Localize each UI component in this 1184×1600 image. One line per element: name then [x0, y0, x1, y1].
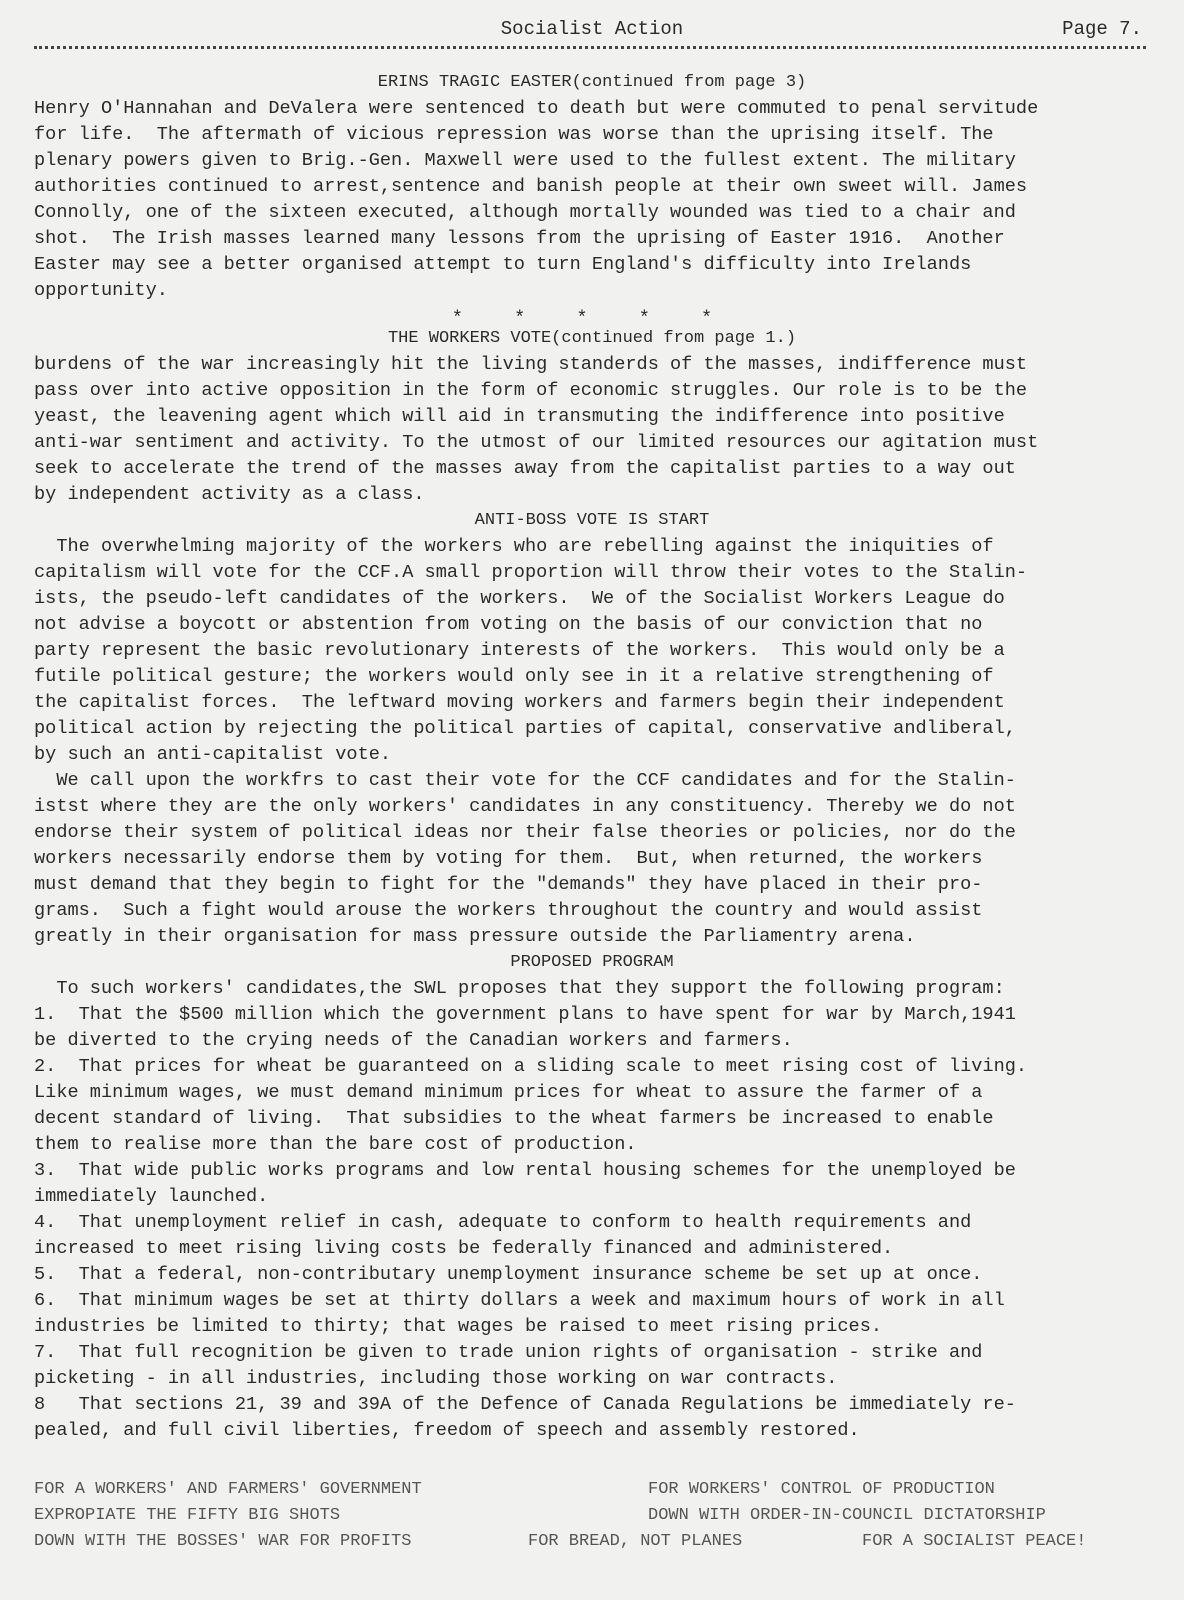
- text-line: be diverted to the crying needs of the C…: [34, 1028, 1146, 1054]
- text-line: 7. That full recognition be given to tra…: [34, 1340, 1146, 1366]
- text-line: anti-war sentiment and activity. To the …: [34, 430, 1146, 456]
- text-line: The overwhelming majority of the workers…: [34, 534, 1146, 560]
- page-number: Page 7.: [1062, 18, 1142, 40]
- section-heading: ERINS TRAGIC EASTER(continued from page …: [0, 70, 1184, 96]
- text-line: plenary powers given to Brig.-Gen. Maxwe…: [34, 148, 1146, 174]
- text-line: 5. That a federal, non-contributary unem…: [34, 1262, 1146, 1288]
- text-line: 8 That sections 21, 39 and 39A of the De…: [34, 1392, 1146, 1418]
- slogan: EXPROPIATE THE FIFTY BIG SHOTS: [34, 1506, 340, 1525]
- text-line: political action by rejecting the politi…: [34, 716, 1146, 742]
- text-line: industries be limited to thirty; that wa…: [34, 1314, 1146, 1340]
- text-line: authorities continued to arrest,sentence…: [34, 174, 1146, 200]
- slogan: DOWN WITH ORDER-IN-COUNCIL DICTATORSHIP: [648, 1506, 1046, 1525]
- text-line: must demand that they begin to fight for…: [34, 872, 1146, 898]
- text-line: workers necessarily endorse them by voti…: [34, 846, 1146, 872]
- text-line: pealed, and full civil liberties, freedo…: [34, 1418, 1146, 1444]
- text-line: We call upon the workfrs to cast their v…: [34, 768, 1146, 794]
- text-line: 3. That wide public works programs and l…: [34, 1158, 1146, 1184]
- text-line: immediately launched.: [34, 1184, 1146, 1210]
- slogan: FOR A WORKERS' AND FARMERS' GOVERNMENT: [34, 1480, 422, 1499]
- text-line: by such an anti-capitalist vote.: [34, 742, 1146, 768]
- text-line: yeast, the leavening agent which will ai…: [34, 404, 1146, 430]
- text-line: 6. That minimum wages be set at thirty d…: [34, 1288, 1146, 1314]
- text-line: 4. That unemployment relief in cash, ade…: [34, 1210, 1146, 1236]
- slogan: FOR WORKERS' CONTROL OF PRODUCTION: [648, 1480, 995, 1499]
- slogan: DOWN WITH THE BOSSES' WAR FOR PROFITS: [34, 1532, 411, 1551]
- text-line: futile political gesture; the workers wo…: [34, 664, 1146, 690]
- text-line: ists, the pseudo-left candidates of the …: [34, 586, 1146, 612]
- section-heading: ANTI-BOSS VOTE IS START: [0, 508, 1184, 534]
- text-line: 2. That prices for wheat be guaranteed o…: [34, 1054, 1146, 1080]
- header-divider: [34, 46, 1146, 49]
- text-line: Like minimum wages, we must demand minim…: [34, 1080, 1146, 1106]
- text-line: Henry O'Hannahan and DeValera were sente…: [34, 96, 1146, 122]
- text-line: burdens of the war increasingly hit the …: [34, 352, 1146, 378]
- text-line: Easter may see a better organised attemp…: [34, 252, 1146, 278]
- section-heading: THE WORKERS VOTE(continued from page 1.): [0, 326, 1184, 352]
- text-line: Connolly, one of the sixteen executed, a…: [34, 200, 1146, 226]
- text-line: by independent activity as a class.: [34, 482, 1146, 508]
- text-line: shot. The Irish masses learned many less…: [34, 226, 1146, 252]
- text-line: greatly in their organisation for mass p…: [34, 924, 1146, 950]
- text-line: pass over into active opposition in the …: [34, 378, 1146, 404]
- text-line: capitalism will vote for the CCF.A small…: [34, 560, 1146, 586]
- text-line: istst where they are the only workers' c…: [34, 794, 1146, 820]
- text-line: picketing - in all industries, including…: [34, 1366, 1146, 1392]
- section-heading: PROPOSED PROGRAM: [0, 950, 1184, 976]
- text-line: endorse their system of political ideas …: [34, 820, 1146, 846]
- text-line: not advise a boycott or abstention from …: [34, 612, 1146, 638]
- newsletter-page: Socialist Action Page 7. ERINS TRAGIC EA…: [0, 0, 1184, 1600]
- text-line: party represent the basic revolutionary …: [34, 638, 1146, 664]
- text-line: seek to accelerate the trend of the mass…: [34, 456, 1146, 482]
- text-line: 1. That the $500 million which the gover…: [34, 1002, 1146, 1028]
- text-line: the capitalist forces. The leftward movi…: [34, 690, 1146, 716]
- publication-title: Socialist Action: [0, 18, 1184, 40]
- slogan: FOR A SOCIALIST PEACE!: [862, 1532, 1086, 1551]
- text-line: for life. The aftermath of vicious repre…: [34, 122, 1146, 148]
- text-line: increased to meet rising living costs be…: [34, 1236, 1146, 1262]
- text-line: opportunity.: [34, 278, 1146, 304]
- text-line: them to realise more than the bare cost …: [34, 1132, 1146, 1158]
- text-line: decent standard of living. That subsidie…: [34, 1106, 1146, 1132]
- text-line: To such workers' candidates,the SWL prop…: [34, 976, 1146, 1002]
- text-line: grams. Such a fight would arouse the wor…: [34, 898, 1146, 924]
- slogan: FOR BREAD, NOT PLANES: [528, 1532, 742, 1551]
